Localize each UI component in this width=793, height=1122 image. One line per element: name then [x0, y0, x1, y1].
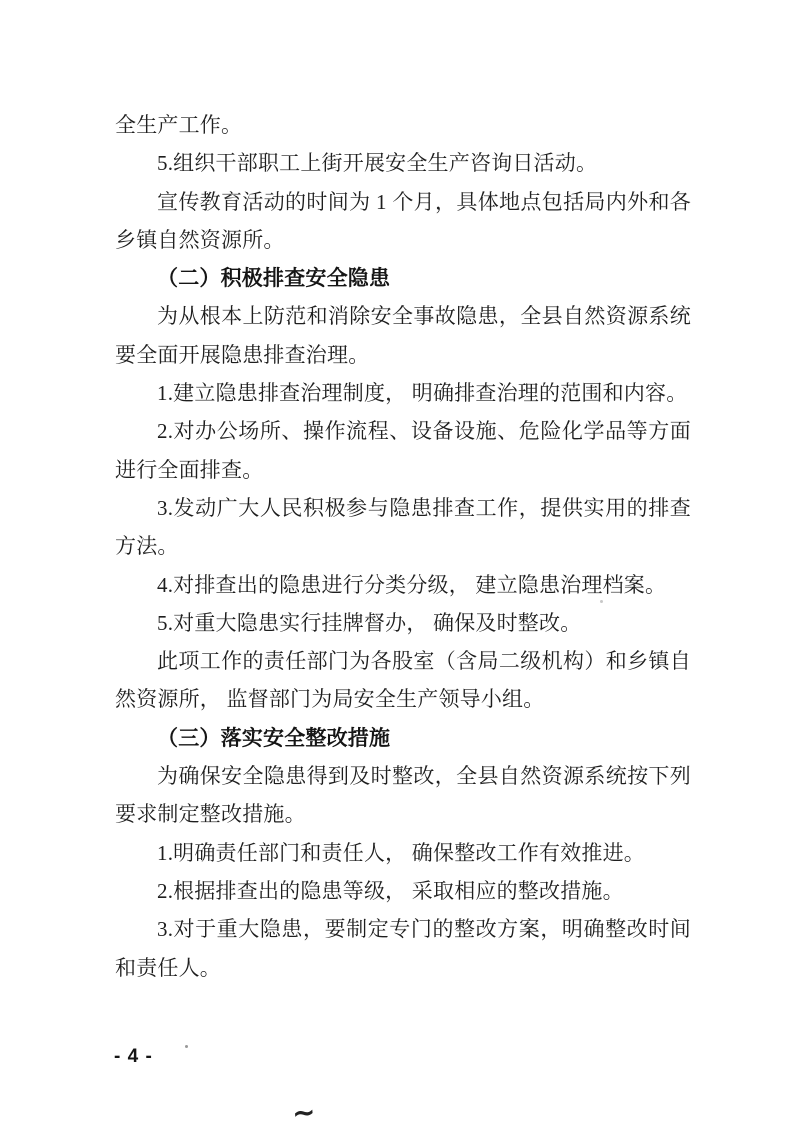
paragraph: 3.发动广大人民积极参与隐患排查工作，提供实用的排查方法。: [115, 489, 691, 566]
paragraph: 5.对重大隐患实行挂牌督办， 确保及时整改。: [115, 604, 691, 642]
paragraph: 5.组织干部职工上街开展安全生产咨询日活动。: [115, 144, 691, 182]
document-body: 全生产工作。5.组织干部职工上街开展安全生产咨询日活动。宣传教育活动的时间为 1…: [115, 106, 691, 987]
paragraph: 此项工作的责任部门为各股室（含局二级机构）和乡镇自然资源所， 监督部门为局安全生…: [115, 642, 691, 719]
scan-speck-artifact: [600, 600, 603, 603]
scan-squiggle-artifact: ~: [291, 1095, 317, 1122]
paragraph: 全生产工作。: [115, 106, 691, 144]
page-number: - 4 -: [114, 1046, 153, 1068]
paragraph: 2.根据排查出的隐患等级， 采取相应的整改措施。: [115, 872, 691, 910]
paragraph: 4.对排查出的隐患进行分类分级， 建立隐患治理档案。: [115, 566, 691, 604]
paragraph: 为确保安全隐患得到及时整改，全县自然资源系统按下列要求制定整改措施。: [115, 757, 691, 834]
section-heading: （二）积极排查安全隐患: [115, 259, 691, 297]
document-page: 全生产工作。5.组织干部职工上街开展安全生产咨询日活动。宣传教育活动的时间为 1…: [0, 0, 793, 1122]
scan-speck-artifact: [185, 1045, 188, 1048]
paragraph: 2.对办公场所、操作流程、设备设施、危险化学品等方面进行全面排查。: [115, 412, 691, 489]
paragraph: 1.建立隐患排查治理制度， 明确排查治理的范围和内容。: [115, 374, 691, 412]
paragraph: 为从根本上防范和消除安全事故隐患，全县自然资源系统要全面开展隐患排查治理。: [115, 297, 691, 374]
paragraph: 宣传教育活动的时间为 1 个月，具体地点包括局内外和各乡镇自然资源所。: [115, 183, 691, 260]
paragraph: 1.明确责任部门和责任人， 确保整改工作有效推进。: [115, 834, 691, 872]
section-heading: （三）落实安全整改措施: [115, 719, 691, 757]
paragraph: 3.对于重大隐患，要制定专门的整改方案，明确整改时间和责任人。: [115, 910, 691, 987]
